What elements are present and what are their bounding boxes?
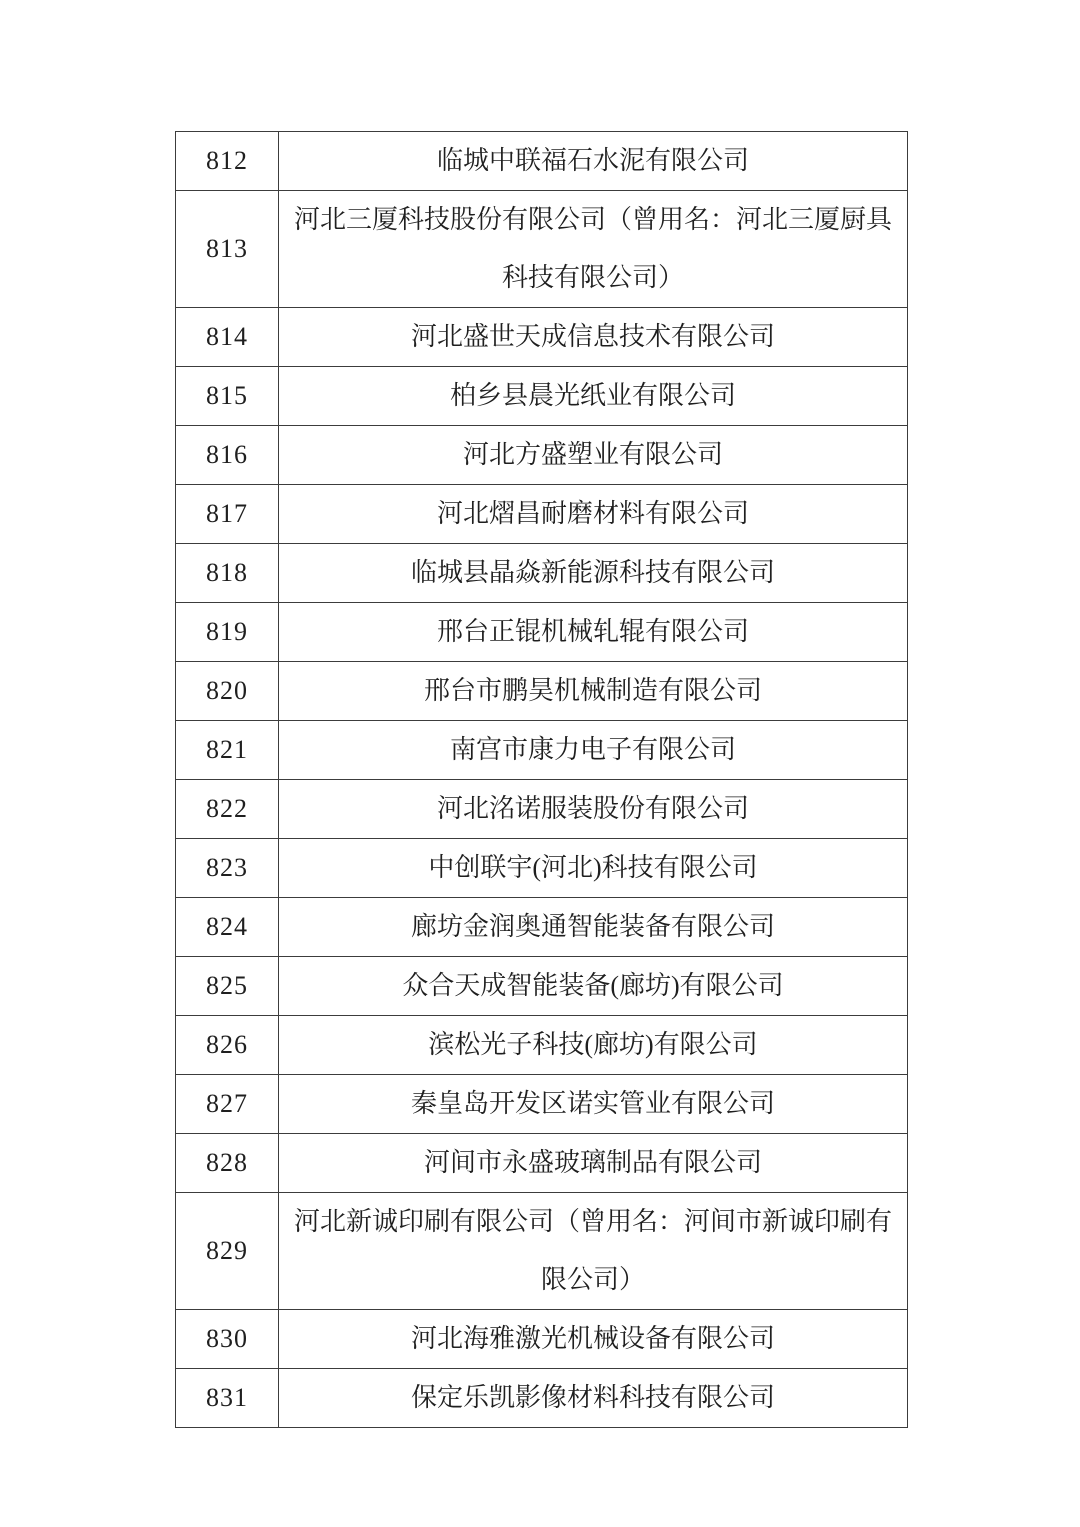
row-index-cell: 812 (176, 132, 279, 191)
table-row: 826滨松光子科技(廊坊)有限公司 (176, 1016, 908, 1075)
table-row: 823中创联宇(河北)科技有限公司 (176, 839, 908, 898)
row-index-cell: 827 (176, 1075, 279, 1134)
company-name-cell: 邢台市鹏昊机械制造有限公司 (279, 662, 908, 721)
table-row: 825众合天成智能装备(廊坊)有限公司 (176, 957, 908, 1016)
table-row: 816河北方盛塑业有限公司 (176, 426, 908, 485)
table-row: 828河间市永盛玻璃制品有限公司 (176, 1134, 908, 1193)
table-row: 827秦皇岛开发区诺实管业有限公司 (176, 1075, 908, 1134)
table-row: 815柏乡县晨光纸业有限公司 (176, 367, 908, 426)
company-name-cell: 廊坊金润奥通智能装备有限公司 (279, 898, 908, 957)
row-index-cell: 831 (176, 1369, 279, 1428)
company-table-body: 812临城中联福石水泥有限公司813河北三厦科技股份有限公司（曾用名：河北三厦厨… (176, 132, 908, 1428)
row-index-cell: 818 (176, 544, 279, 603)
company-name-cell: 临城中联福石水泥有限公司 (279, 132, 908, 191)
table-row: 820邢台市鹏昊机械制造有限公司 (176, 662, 908, 721)
row-index-cell: 822 (176, 780, 279, 839)
row-index-cell: 821 (176, 721, 279, 780)
company-name-cell: 南宫市康力电子有限公司 (279, 721, 908, 780)
row-index-cell: 823 (176, 839, 279, 898)
company-name-cell: 众合天成智能装备(廊坊)有限公司 (279, 957, 908, 1016)
company-name-cell: 河北盛世天成信息技术有限公司 (279, 308, 908, 367)
row-index-cell: 814 (176, 308, 279, 367)
row-index-cell: 813 (176, 191, 279, 308)
company-name-cell: 中创联宇(河北)科技有限公司 (279, 839, 908, 898)
row-index-cell: 816 (176, 426, 279, 485)
company-name-cell: 保定乐凯影像材料科技有限公司 (279, 1369, 908, 1428)
company-name-cell: 柏乡县晨光纸业有限公司 (279, 367, 908, 426)
company-name-cell: 河北方盛塑业有限公司 (279, 426, 908, 485)
table-row: 819邢台正锟机械轧辊有限公司 (176, 603, 908, 662)
company-table: 812临城中联福石水泥有限公司813河北三厦科技股份有限公司（曾用名：河北三厦厨… (175, 131, 908, 1428)
company-name-cell: 临城县晶焱新能源科技有限公司 (279, 544, 908, 603)
company-name-cell: 邢台正锟机械轧辊有限公司 (279, 603, 908, 662)
table-row: 812临城中联福石水泥有限公司 (176, 132, 908, 191)
document-page: 812临城中联福石水泥有限公司813河北三厦科技股份有限公司（曾用名：河北三厦厨… (0, 0, 1080, 1527)
row-index-cell: 815 (176, 367, 279, 426)
table-row: 814河北盛世天成信息技术有限公司 (176, 308, 908, 367)
table-row: 829河北新诚印刷有限公司（曾用名：河间市新诚印刷有限公司） (176, 1193, 908, 1310)
table-row: 822河北洺诺服装股份有限公司 (176, 780, 908, 839)
table-row: 824廊坊金润奥通智能装备有限公司 (176, 898, 908, 957)
table-row: 831保定乐凯影像材料科技有限公司 (176, 1369, 908, 1428)
row-index-cell: 825 (176, 957, 279, 1016)
company-name-cell: 河北熠昌耐磨材料有限公司 (279, 485, 908, 544)
table-row: 821南宫市康力电子有限公司 (176, 721, 908, 780)
row-index-cell: 828 (176, 1134, 279, 1193)
table-row: 813河北三厦科技股份有限公司（曾用名：河北三厦厨具科技有限公司） (176, 191, 908, 308)
company-name-cell: 河北新诚印刷有限公司（曾用名：河间市新诚印刷有限公司） (279, 1193, 908, 1310)
company-name-cell: 河北海雅激光机械设备有限公司 (279, 1310, 908, 1369)
row-index-cell: 819 (176, 603, 279, 662)
company-name-cell: 河间市永盛玻璃制品有限公司 (279, 1134, 908, 1193)
row-index-cell: 820 (176, 662, 279, 721)
row-index-cell: 830 (176, 1310, 279, 1369)
row-index-cell: 829 (176, 1193, 279, 1310)
company-name-cell: 河北三厦科技股份有限公司（曾用名：河北三厦厨具科技有限公司） (279, 191, 908, 308)
company-name-cell: 河北洺诺服装股份有限公司 (279, 780, 908, 839)
company-name-cell: 秦皇岛开发区诺实管业有限公司 (279, 1075, 908, 1134)
row-index-cell: 824 (176, 898, 279, 957)
table-row: 830河北海雅激光机械设备有限公司 (176, 1310, 908, 1369)
row-index-cell: 826 (176, 1016, 279, 1075)
table-row: 817河北熠昌耐磨材料有限公司 (176, 485, 908, 544)
company-name-cell: 滨松光子科技(廊坊)有限公司 (279, 1016, 908, 1075)
row-index-cell: 817 (176, 485, 279, 544)
table-row: 818临城县晶焱新能源科技有限公司 (176, 544, 908, 603)
